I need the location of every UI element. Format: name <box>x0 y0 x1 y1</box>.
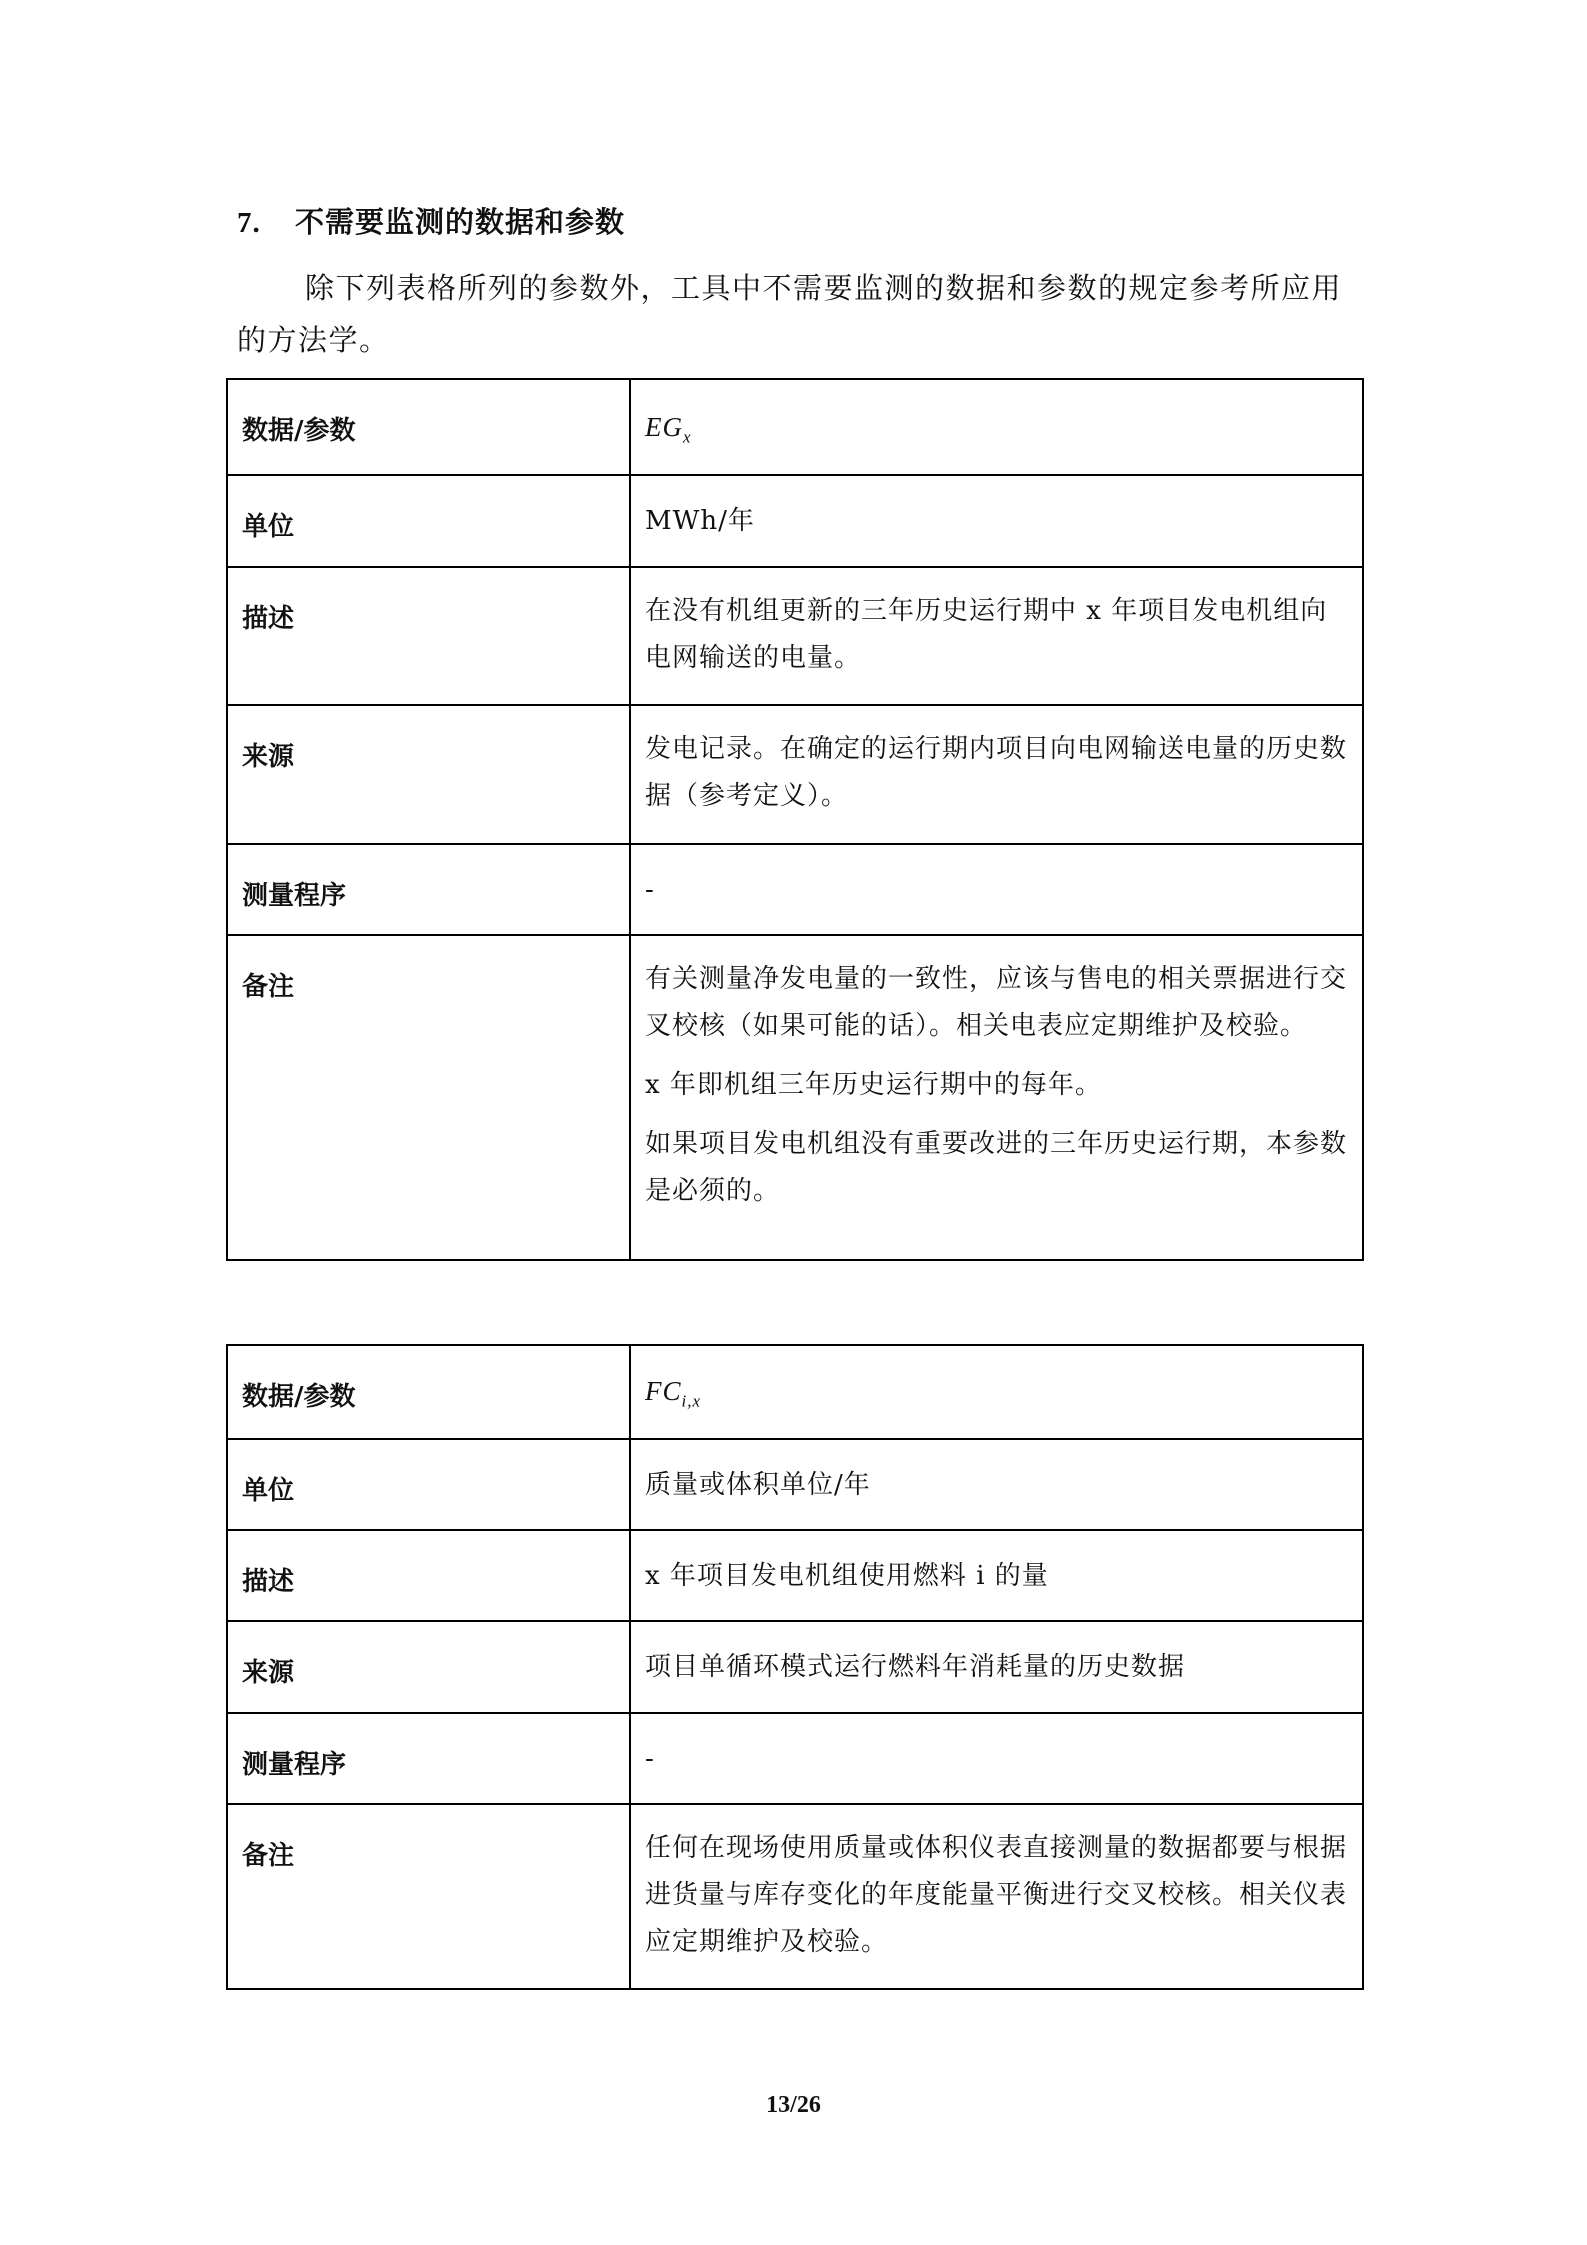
table-row: 单位 质量或体积单位/年 <box>227 1439 1363 1530</box>
row-label: 数据/参数 <box>227 379 630 475</box>
table-row: 测量程序 - <box>227 844 1363 935</box>
row-value: 在没有机组更新的三年历史运行期中 x 年项目发电机组向电网输送的电量。 <box>630 567 1363 705</box>
row-value: - <box>630 1713 1363 1804</box>
row-label: 测量程序 <box>227 844 630 935</box>
section-heading: 7.不需要监测的数据和参数 <box>237 200 625 241</box>
row-value: x 年项目发电机组使用燃料 i 的量 <box>630 1530 1363 1621</box>
row-value: 任何在现场使用质量或体积仪表直接测量的数据都要与根据进货量与库存变化的年度能量平… <box>630 1804 1363 1989</box>
table-row: 测量程序 - <box>227 1713 1363 1804</box>
table-row: 描述 x 年项目发电机组使用燃料 i 的量 <box>227 1530 1363 1621</box>
intro-paragraph: 除下列表格所列的参数外，工具中不需要监测的数据和参数的规定参考所应用的方法学。 <box>237 262 1362 366</box>
table-row: 数据/参数 FCi,x <box>227 1345 1363 1439</box>
row-label: 数据/参数 <box>227 1345 630 1439</box>
row-label: 测量程序 <box>227 1713 630 1804</box>
section-title: 不需要监测的数据和参数 <box>295 205 625 239</box>
row-value: 发电记录。在确定的运行期内项目向电网输送电量的历史数据（参考定义）。 <box>630 705 1363 844</box>
row-label: 备注 <box>227 1804 630 1989</box>
row-label: 单位 <box>227 475 630 567</box>
row-label: 备注 <box>227 935 630 1260</box>
table-row: 数据/参数 EGx <box>227 379 1363 475</box>
row-value: 质量或体积单位/年 <box>630 1439 1363 1530</box>
row-value: - <box>630 844 1363 935</box>
row-label: 来源 <box>227 1621 630 1713</box>
row-value: 有关测量净发电量的一致性，应该与售电的相关票据进行交叉校核（如果可能的话）。相关… <box>630 935 1363 1260</box>
row-value: MWh/年 <box>630 475 1363 567</box>
section-number: 7. <box>237 207 295 240</box>
parameter-table-eg: 数据/参数 EGx 单位 MWh/年 描述 在没有机组更新的三年历史运行期中 x… <box>226 378 1364 1261</box>
page-number: 13/26 <box>0 2092 1587 2119</box>
table-row: 来源 发电记录。在确定的运行期内项目向电网输送电量的历史数据（参考定义）。 <box>227 705 1363 844</box>
row-label: 单位 <box>227 1439 630 1530</box>
table-row: 来源 项目单循环模式运行燃料年消耗量的历史数据 <box>227 1621 1363 1713</box>
parameter-table-fc: 数据/参数 FCi,x 单位 质量或体积单位/年 描述 x 年项目发电机组使用燃… <box>226 1344 1364 1990</box>
row-label: 描述 <box>227 1530 630 1621</box>
row-label: 来源 <box>227 705 630 844</box>
table-row: 备注 任何在现场使用质量或体积仪表直接测量的数据都要与根据进货量与库存变化的年度… <box>227 1804 1363 1989</box>
table-row: 描述 在没有机组更新的三年历史运行期中 x 年项目发电机组向电网输送的电量。 <box>227 567 1363 705</box>
table-row: 单位 MWh/年 <box>227 475 1363 567</box>
row-value: 项目单循环模式运行燃料年消耗量的历史数据 <box>630 1621 1363 1713</box>
parameter-symbol: EGx <box>630 379 1363 475</box>
parameter-symbol: FCi,x <box>630 1345 1363 1439</box>
table-row: 备注 有关测量净发电量的一致性，应该与售电的相关票据进行交叉校核（如果可能的话）… <box>227 935 1363 1260</box>
row-label: 描述 <box>227 567 630 705</box>
